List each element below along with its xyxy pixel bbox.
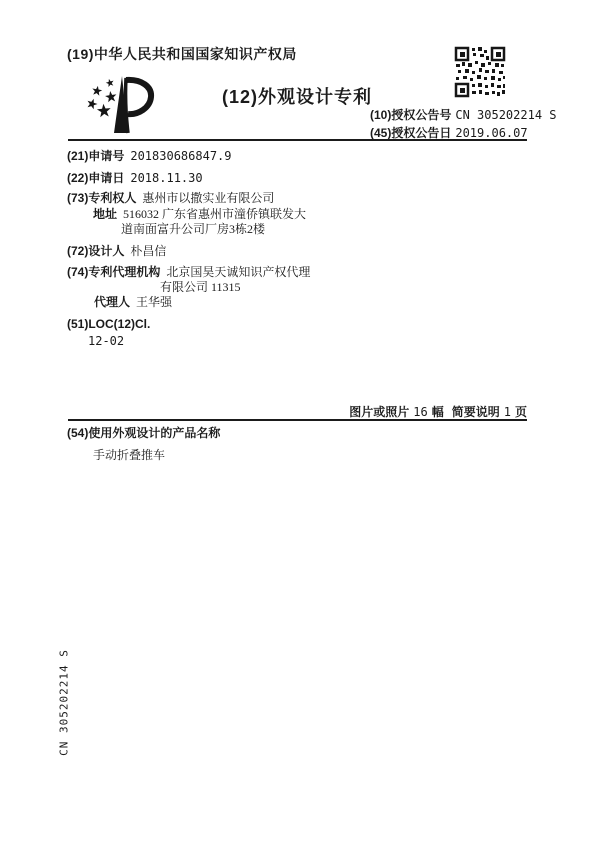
agency-continuation: 有限公司 11315 — [160, 280, 241, 294]
agent-row: 代理人王华强 — [94, 295, 172, 309]
application-date-label: (22)申请日 — [67, 171, 124, 185]
publication-date-value: 2019.06.07 — [455, 126, 527, 140]
application-number-label: (21)申请号 — [67, 149, 124, 163]
publication-date-label: (45)授权公告日 — [370, 126, 451, 140]
header-divider — [68, 139, 527, 141]
figures-label: 图片或照片 — [349, 405, 409, 419]
loc-class-label: (51)LOC(12)Cl. — [67, 317, 150, 331]
agency-value: 北京国昊天诚知识产权代理 — [166, 265, 310, 279]
brief-count: 1 — [504, 405, 511, 419]
patentee-row: (73)专利权人惠州市以撒实业有限公司 — [67, 191, 274, 205]
product-name: 手动折叠推车 — [93, 448, 165, 462]
publication-date-row: (45)授权公告日2019.06.07 — [370, 126, 528, 140]
issuing-office: (19)中华人民共和国国家知识产权局 — [67, 44, 297, 64]
figures-count: 16 — [413, 405, 427, 419]
agency-label: (74)专利代理机构 — [67, 265, 160, 279]
patentee-label: (73)专利权人 — [67, 191, 136, 205]
vertical-doc-number: CN 305202214 S — [58, 643, 71, 763]
agency-row: (74)专利代理机构北京国昊天诚知识产权代理 — [67, 265, 310, 279]
figures-unit: 幅 — [432, 405, 444, 419]
address-label: 地址 — [93, 207, 117, 221]
address-value: 516032 广东省惠州市潼侨镇联发大 — [123, 207, 306, 221]
qr-code — [453, 45, 507, 104]
brief-unit: 页 — [515, 405, 527, 419]
product-section-label: (54)使用外观设计的产品名称 — [67, 426, 220, 440]
application-date-value: 2018.11.30 — [130, 171, 202, 185]
address-row: 地址516032 广东省惠州市潼侨镇联发大 — [93, 207, 306, 221]
address-continuation: 道南面富升公司厂房3栋2楼 — [121, 222, 265, 236]
cnipa-logo — [84, 74, 170, 143]
designer-value: 朴昌信 — [130, 244, 166, 258]
agent-value: 王华强 — [136, 295, 172, 309]
application-number-value: 201830686847.9 — [130, 149, 231, 163]
application-date-row: (22)申请日2018.11.30 — [67, 171, 203, 185]
doc-type-title: (12)外观设计专利 — [222, 83, 372, 109]
section-divider — [68, 419, 527, 421]
patent-front-page: (19)中华人民共和国国家知识产权局 — [0, 0, 596, 842]
designer-row: (72)设计人朴昌信 — [67, 244, 166, 258]
patentee-value: 惠州市以撒实业有限公司 — [142, 191, 274, 205]
application-number-row: (21)申请号201830686847.9 — [67, 149, 232, 163]
designer-label: (72)设计人 — [67, 244, 124, 258]
loc-class-value: 12-02 — [88, 334, 124, 348]
qr-code-icon — [453, 45, 507, 99]
figures-notice: 图片或照片16幅简要说明1页 — [349, 405, 527, 419]
agent-label: 代理人 — [94, 295, 130, 309]
brief-label: 简要说明 — [452, 405, 500, 419]
publication-number-row: (10)授权公告号CN 305202214 S — [370, 108, 557, 122]
publication-number-value: CN 305202214 S — [455, 108, 556, 122]
publication-number-label: (10)授权公告号 — [370, 108, 451, 122]
cnipa-logo-icon — [84, 74, 170, 138]
